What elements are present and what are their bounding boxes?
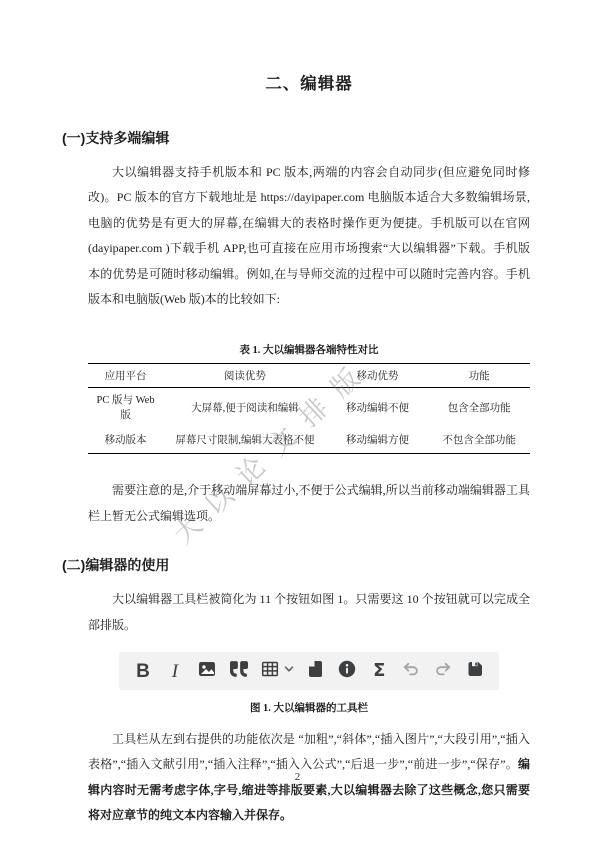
section-heading-1: (一)支持多端编辑 (62, 128, 530, 148)
undo-button[interactable] (400, 656, 422, 686)
sigma-icon: Σ (373, 662, 385, 680)
insert-citation-button[interactable] (304, 656, 326, 686)
table-row: PC 版与 Web 版 大屏幕,便于阅读和编辑 移动编辑不便 包含全部功能 (88, 388, 530, 429)
table-icon (260, 659, 280, 684)
redo-icon (433, 659, 453, 684)
citation-book-icon (307, 659, 324, 684)
comparison-table: 应用平台 阅读优势 移动优势 功能 PC 版与 Web 版 大屏幕,便于阅读和编… (88, 363, 530, 454)
save-floppy-icon (465, 659, 485, 684)
save-button[interactable] (464, 656, 486, 686)
insert-note-button[interactable] (336, 656, 358, 686)
document-page: 大以论文排版 二、编辑器 (一)支持多端编辑 大以编辑器支持手机版本和 PC 版… (0, 0, 595, 842)
download-url-link[interactable]: https://dayipaper.com (261, 190, 365, 204)
image-icon (197, 659, 217, 684)
cell-platform: 移动版本 (88, 428, 163, 454)
section-heading-2: (二)编辑器的使用 (62, 555, 530, 575)
insert-image-button[interactable] (196, 656, 218, 686)
cell-function: 包含全部功能 (428, 388, 530, 429)
cell-platform: PC 版与 Web 版 (88, 388, 163, 429)
column-header-mobility: 移动优势 (327, 364, 429, 388)
column-header-platform: 应用平台 (88, 364, 163, 388)
cell-function: 不包含全部功能 (428, 428, 530, 454)
info-icon (337, 659, 357, 684)
paragraph-text: 工具栏从左到右提供的功能依次是 “加粗”,“斜体”,“插入图片”,“大段引用”,… (88, 732, 530, 771)
cell-mobility: 移动编辑不便 (327, 388, 429, 429)
italic-icon: I (172, 662, 178, 681)
table-row: 移动版本 屏幕尺寸限制,编辑大表格不便 移动编辑方便 不包含全部功能 (88, 428, 530, 454)
blockquote-button[interactable] (228, 656, 250, 686)
page-number: 2 (0, 771, 595, 783)
undo-icon (401, 659, 421, 684)
table-header-row: 应用平台 阅读优势 移动优势 功能 (88, 364, 530, 388)
cell-mobility: 移动编辑方便 (327, 428, 429, 454)
column-header-reading: 阅读优势 (163, 364, 327, 388)
insert-formula-button[interactable]: Σ (368, 656, 390, 686)
redo-button[interactable] (432, 656, 454, 686)
quote-icon (230, 660, 248, 683)
figure-caption: 图 1. 大以编辑器的工具栏 (88, 700, 530, 715)
cell-reading: 屏幕尺寸限制,编辑大表格不便 (163, 428, 327, 454)
table-caption: 表 1. 大以编辑器各端特性对比 (88, 342, 530, 357)
column-header-function: 功能 (428, 364, 530, 388)
paragraph-note: 需要注意的是,介于移动端屏幕过小,不便于公式编辑,所以当前移动端编辑器工具栏上暂… (88, 478, 530, 529)
italic-button[interactable]: I (164, 656, 186, 686)
page-title: 二、编辑器 (88, 70, 530, 94)
bold-button[interactable]: B (132, 656, 154, 686)
paragraph-text: 电脑版本适合大多数编辑场景,电脑的优势是有更大的屏幕,在编辑大的表格时操作更为便… (88, 190, 530, 306)
paragraph-toolbar-intro: 大以编辑器工具栏被简化为 11 个按钮如图 1。只需要这 10 个按钮就可以完成… (88, 587, 530, 638)
insert-table-button[interactable] (260, 656, 295, 686)
chevron-down-icon (283, 662, 295, 680)
cell-reading: 大屏幕,便于阅读和编辑 (163, 388, 327, 429)
paragraph-multi-device: 大以编辑器支持手机版本和 PC 版本,两端的内容会自动同步(但应避免同时修改)。… (88, 160, 530, 312)
editor-toolbar-figure: B I Σ (119, 652, 499, 690)
bold-icon: B (136, 662, 150, 681)
